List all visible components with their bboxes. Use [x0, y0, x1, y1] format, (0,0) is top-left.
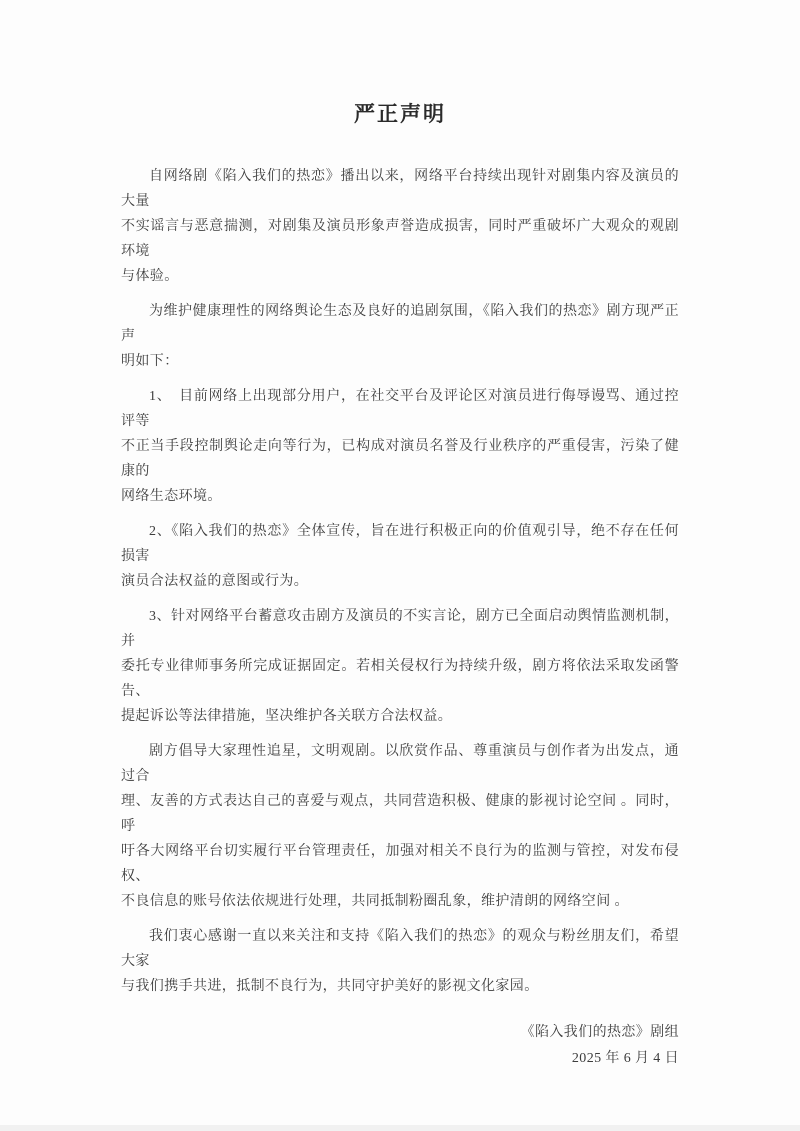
- statement-page: 严正声明 自网络剧《陷入我们的热恋》播出以来，网络平台持续出现针对剧集内容及演员…: [0, 0, 800, 1131]
- signature-date: 2025 年 6 月 4 日: [121, 1046, 679, 1072]
- statement-item-1: 1、 目前网络上出现部分用户，在社交平台及评论区对演员进行侮辱谩骂、通过控评等 …: [121, 384, 679, 509]
- signature-block: 《陷入我们的热恋》剧组 2025 年 6 月 4 日: [121, 1020, 679, 1072]
- page-bottom-edge-strip: [0, 1125, 800, 1131]
- statement-item-2: 2、《陷入我们的热恋》全体宣传，旨在进行积极正向的价值观引导，绝不存在任何损害 …: [121, 519, 679, 594]
- statement-document: 严正声明 自网络剧《陷入我们的热恋》播出以来，网络平台持续出现针对剧集内容及演员…: [0, 0, 800, 1072]
- statement-paragraph-advocacy: 剧方倡导大家理性追星，文明观剧。以欣赏作品、尊重演员与创作者为出发点，通过合 理…: [121, 739, 679, 914]
- statement-item-3: 3、针对网络平台蓄意攻击剧方及演员的不实言论，剧方已全面启动舆情监测机制，并 委…: [121, 604, 679, 729]
- statement-paragraph-purpose: 为维护健康理性的网络舆论生态及良好的追剧氛围，《陷入我们的热恋》剧方现严正声 明…: [121, 299, 679, 374]
- statement-paragraph-thanks: 我们衷心感谢一直以来关注和支持《陷入我们的热恋》的观众与粉丝朋友们，希望大家 与…: [121, 924, 679, 999]
- signature-signer: 《陷入我们的热恋》剧组: [121, 1020, 679, 1046]
- statement-paragraph-intro: 自网络剧《陷入我们的热恋》播出以来，网络平台持续出现针对剧集内容及演员的大量 不…: [121, 164, 679, 289]
- statement-title: 严正声明: [121, 94, 679, 134]
